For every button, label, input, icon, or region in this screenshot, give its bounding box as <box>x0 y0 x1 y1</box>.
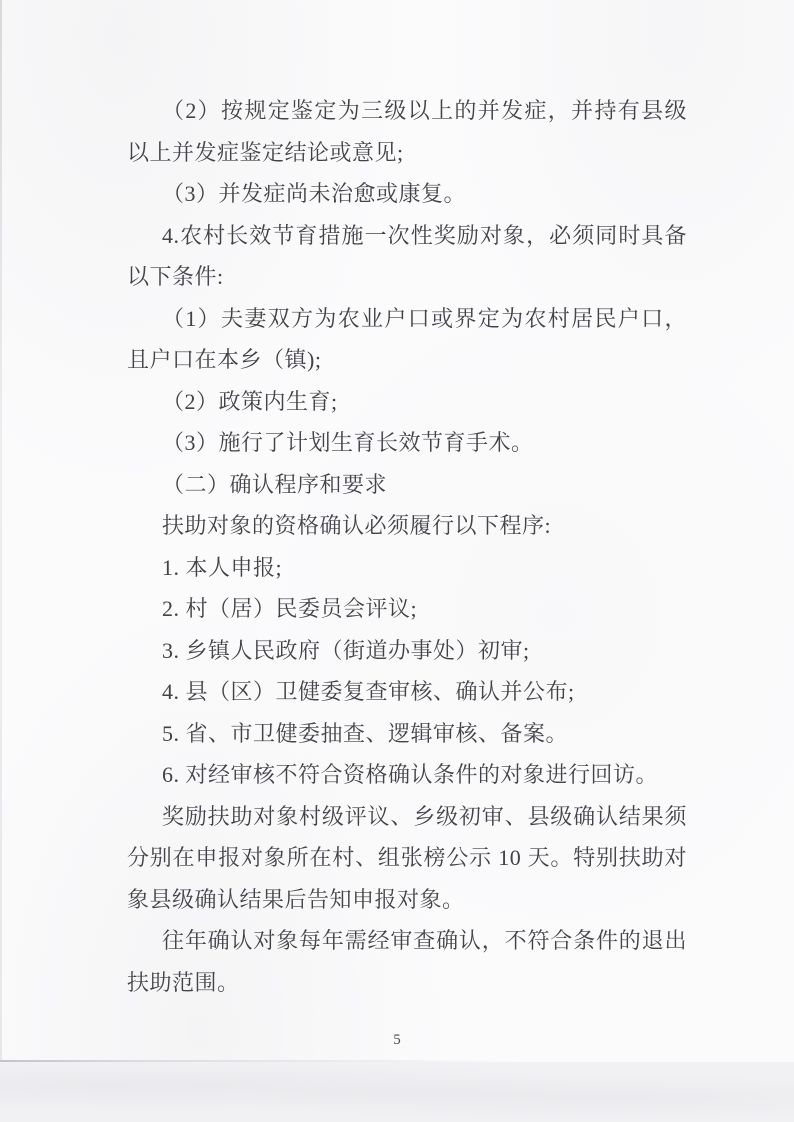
paragraph-condition-policy-birth: （2）政策内生育; <box>127 381 687 423</box>
list-item-county-review: 4. 县（区）卫健委复查审核、确认并公布; <box>127 671 687 713</box>
scan-bottom-strip <box>0 1062 794 1122</box>
paragraph-complication-grade: （2）按规定鉴定为三级以上的并发症，并持有县级以上并发症鉴定结论或意见; <box>127 90 687 173</box>
paragraph-procedure-intro: 扶助对象的资格确认必须履行以下程序: <box>127 505 687 547</box>
list-item-self-report: 1. 本人申报; <box>127 547 687 589</box>
page-left-edge-shadow <box>0 0 2 1122</box>
paragraph-complication-uncured: （3）并发症尚未治愈或康复。 <box>127 173 687 215</box>
paragraph-condition-household: （1）夫妻双方为农业户口或界定为农村居民户口，且户口在本乡（镇); <box>127 298 687 381</box>
list-item-township-review: 3. 乡镇人民政府（街道办事处）初审; <box>127 630 687 672</box>
paragraph-item4-rural-reward: 4.农村长效节育措施一次性奖励对象，必须同时具备以下条件: <box>127 215 687 298</box>
paragraph-annual-reconfirmation: 往年确认对象每年需经审查确认，不符合条件的退出扶助范围。 <box>127 920 687 1003</box>
document-body: （2）按规定鉴定为三级以上的并发症，并持有县级以上并发症鉴定结论或意见; （3）… <box>127 90 687 1003</box>
paragraph-condition-surgery: （3）施行了计划生育长效节育手术。 <box>127 422 687 464</box>
list-item-revisit: 6. 对经审核不符合资格确认条件的对象进行回访。 <box>127 754 687 796</box>
list-item-province-city-check: 5. 省、市卫健委抽查、逻辑审核、备案。 <box>127 713 687 755</box>
paragraph-publicity-requirement: 奖励扶助对象村级评议、乡级初审、县级确认结果须分别在申报对象所在村、组张榜公示 … <box>127 796 687 921</box>
section-heading-confirmation-procedure: （二）确认程序和要求 <box>127 464 687 506</box>
list-item-village-review: 2. 村（居）民委员会评议; <box>127 588 687 630</box>
page-number: 5 <box>0 1032 794 1049</box>
scanned-document-page: （2）按规定鉴定为三级以上的并发症，并持有县级以上并发症鉴定结论或意见; （3）… <box>0 0 794 1122</box>
